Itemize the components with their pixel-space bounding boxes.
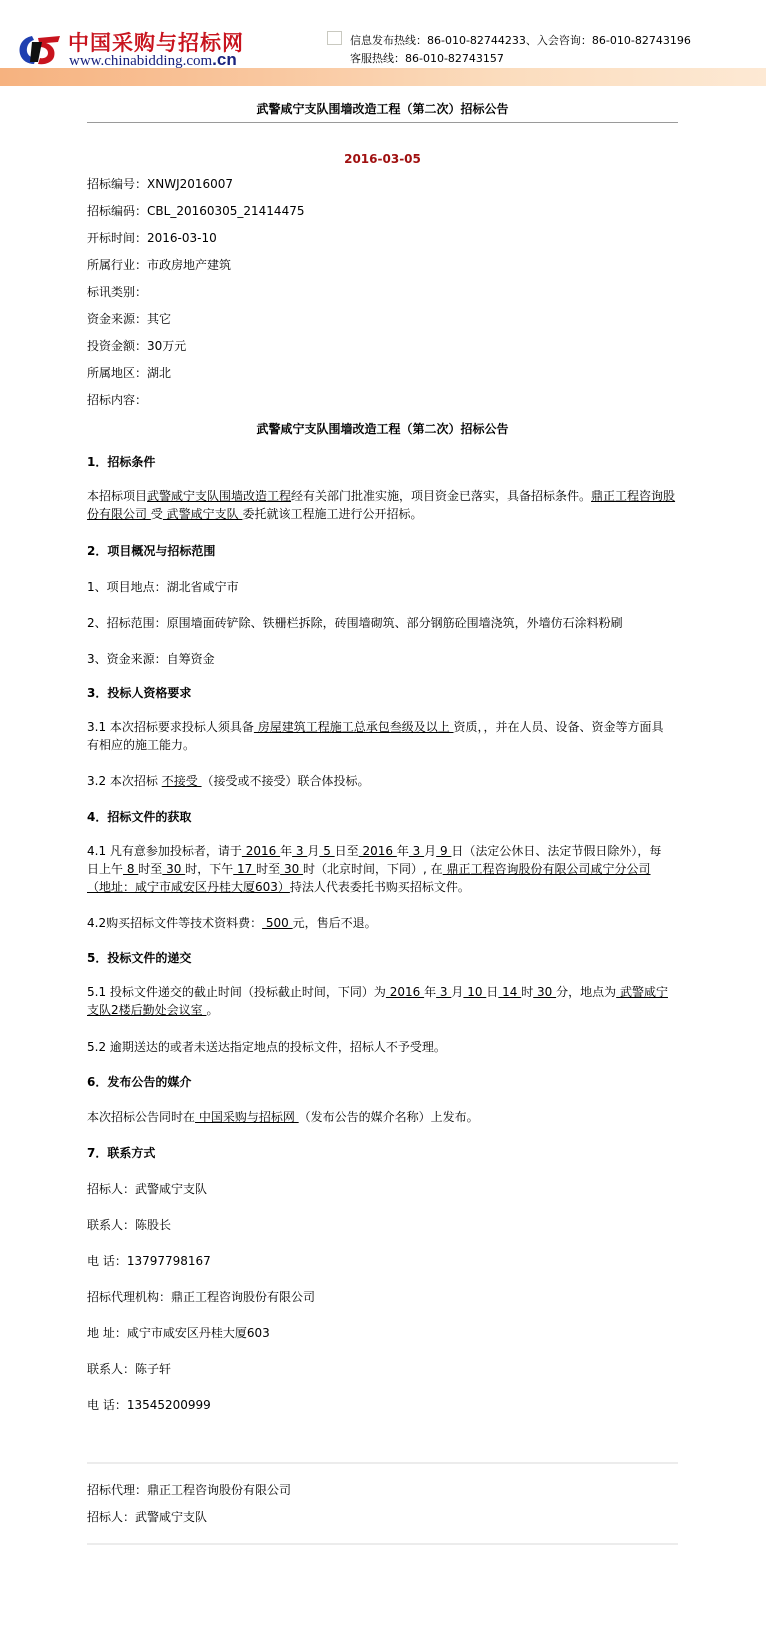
hotline-image-placeholder — [327, 31, 342, 45]
section-heading-3: 3．投标人资格要求 — [87, 686, 191, 700]
footer-divider — [87, 1462, 678, 1464]
meta-bid-code: 招标编码：CBL_20160305_21414475 — [87, 204, 304, 218]
section-heading-5: 5．投标文件的递交 — [87, 951, 191, 965]
footer-agent: 招标代理：鼎正工程咨询股份有限公司 — [87, 1483, 291, 1497]
title-divider — [87, 122, 678, 123]
section-heading-2: 2．项目概况与招标范围 — [87, 544, 215, 558]
meta-investment: 投资金额：30万元 — [87, 339, 186, 353]
contact-agency-phone: 电 话：13545200999 — [87, 1398, 211, 1412]
section-5-2-paragraph: 5.2 逾期送达的或者未送达指定地点的投标文件，招标人不予受理。 — [87, 1040, 446, 1054]
meta-content: 招标内容： — [87, 393, 147, 407]
footer-tenderer: 招标人：武警咸宁支队 — [87, 1510, 207, 1524]
page-title: 武警咸宁支队围墙改造工程（第二次）招标公告 — [87, 100, 678, 117]
contact-phone: 电 话：13797798167 — [87, 1254, 211, 1268]
section-3-2-paragraph: 3.2 本次招标 不接受 （接受或不接受）联合体投标。 — [87, 774, 370, 788]
contact-person: 联系人：陈股长 — [87, 1218, 171, 1232]
contact-tenderer: 招标人：武警咸宁支队 — [87, 1182, 207, 1196]
site-logo[interactable]: 中国采购与招标网 www.chinabidding.com.cn — [16, 32, 266, 68]
body-title: 武警咸宁支队围墙改造工程（第二次）招标公告 — [87, 420, 678, 437]
meta-fund-source: 资金来源：其它 — [87, 312, 171, 326]
contact-address: 地 址：咸宁市咸安区丹桂大厦603 — [87, 1326, 270, 1340]
section-4-1-paragraph: 4.1 凡有意参加投标者，请于 2016 年 3 月 5 日至 2016 年 3… — [87, 842, 678, 896]
section-4-2-paragraph: 4.2购买招标文件等技术资料费： 500 元，售后不退。 — [87, 916, 377, 930]
hotline-info: 信息发布热线：86-010-82744233、入会咨询：86-010-82743… — [350, 32, 691, 48]
meta-bid-number: 招标编号：XNWJ2016007 — [87, 177, 233, 191]
hotline-service: 客服热线：86-010-82743157 — [350, 50, 504, 66]
contact-agency: 招标代理机构：鼎正工程咨询股份有限公司 — [87, 1290, 315, 1304]
meta-industry: 所属行业：市政房地产建筑 — [87, 258, 231, 272]
section-heading-6: 6．发布公告的媒介 — [87, 1075, 191, 1089]
section-6-paragraph: 本次招标公告同时在 中国采购与招标网 （发布公告的媒介名称）上发布。 — [87, 1110, 479, 1124]
section-5-1-paragraph: 5.1 投标文件递交的截止时间（投标截止时间，下同）为 2016 年 3 月 1… — [87, 983, 678, 1019]
contact-agency-person: 联系人：陈子轩 — [87, 1362, 171, 1376]
meta-region: 所属地区：湖北 — [87, 366, 171, 380]
section-1-paragraph: 本招标项目武警咸宁支队围墙改造工程经有关部门批准实施，项目资金已落实，具备招标条… — [87, 487, 678, 523]
publish-date: 2016-03-05 — [87, 152, 678, 166]
section-2-item: 3、资金来源：自筹资金 — [87, 652, 215, 666]
header-band — [0, 68, 766, 86]
meta-category: 标讯类别： — [87, 285, 147, 299]
section-2-item: 1、项目地点：湖北省咸宁市 — [87, 580, 239, 594]
section-heading-4: 4．招标文件的获取 — [87, 810, 191, 824]
logo-text-url: www.chinabidding.com.cn — [69, 52, 237, 69]
footer-divider-bottom — [87, 1543, 678, 1545]
section-heading-7: 7．联系方式 — [87, 1146, 155, 1160]
section-3-1-paragraph: 3.1 本次招标要求投标人须具备 房屋建筑工程施工总承包叁级及以上 资质，，并在… — [87, 718, 678, 754]
site-header: 中国采购与招标网 www.chinabidding.com.cn 信息发布热线：… — [0, 0, 766, 86]
section-heading-1: 1．招标条件 — [87, 455, 155, 469]
meta-open-time: 开标时间：2016-03-10 — [87, 231, 217, 245]
logo-mark-icon — [16, 34, 62, 66]
section-2-item: 2、招标范围：原围墙面砖铲除、铁栅栏拆除，砖围墙砌筑、部分钢筋砼围墙浇筑，外墙仿… — [87, 616, 623, 630]
